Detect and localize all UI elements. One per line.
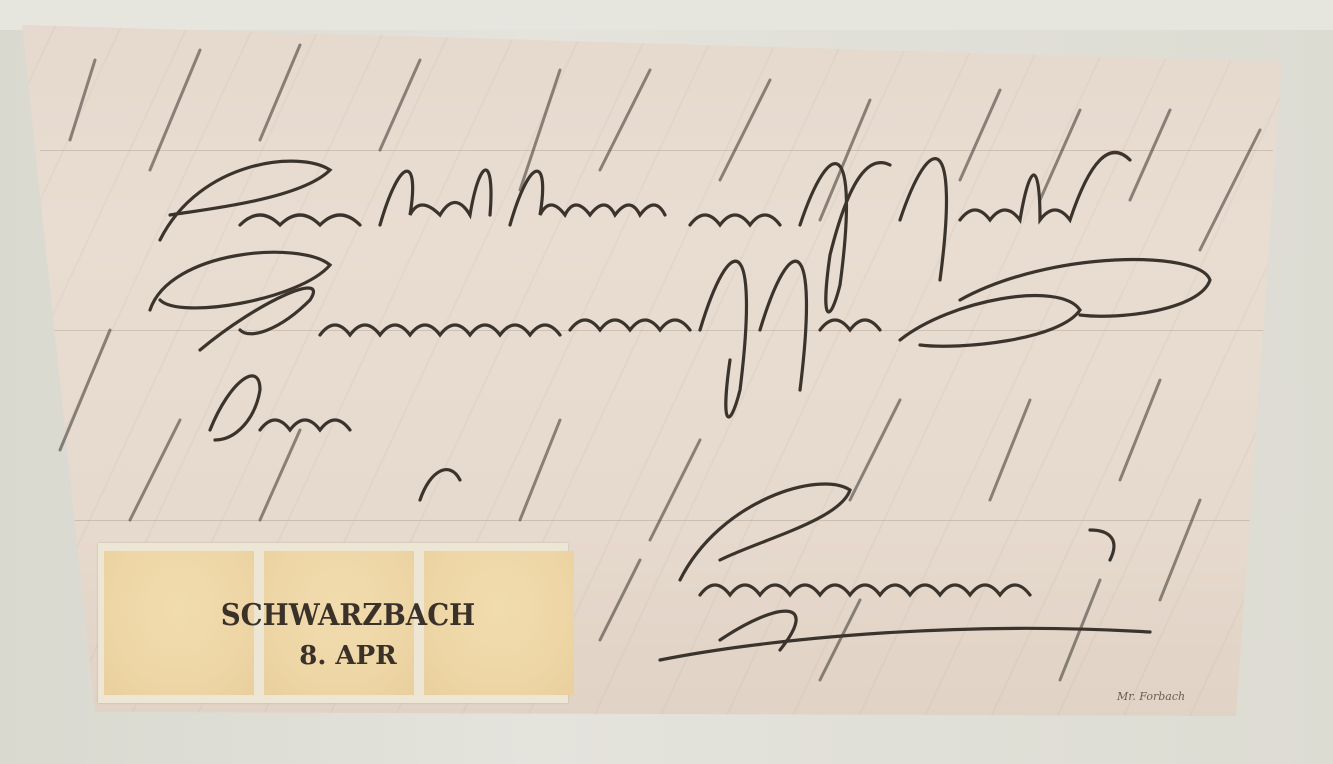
postmark-date: 8. APR <box>248 641 448 671</box>
signature: Mr. Forbach <box>1117 690 1185 703</box>
stamp-strip: SCHWARZBACH 8. APR <box>98 543 568 703</box>
postmark-town: SCHWARZBACH <box>182 598 513 633</box>
